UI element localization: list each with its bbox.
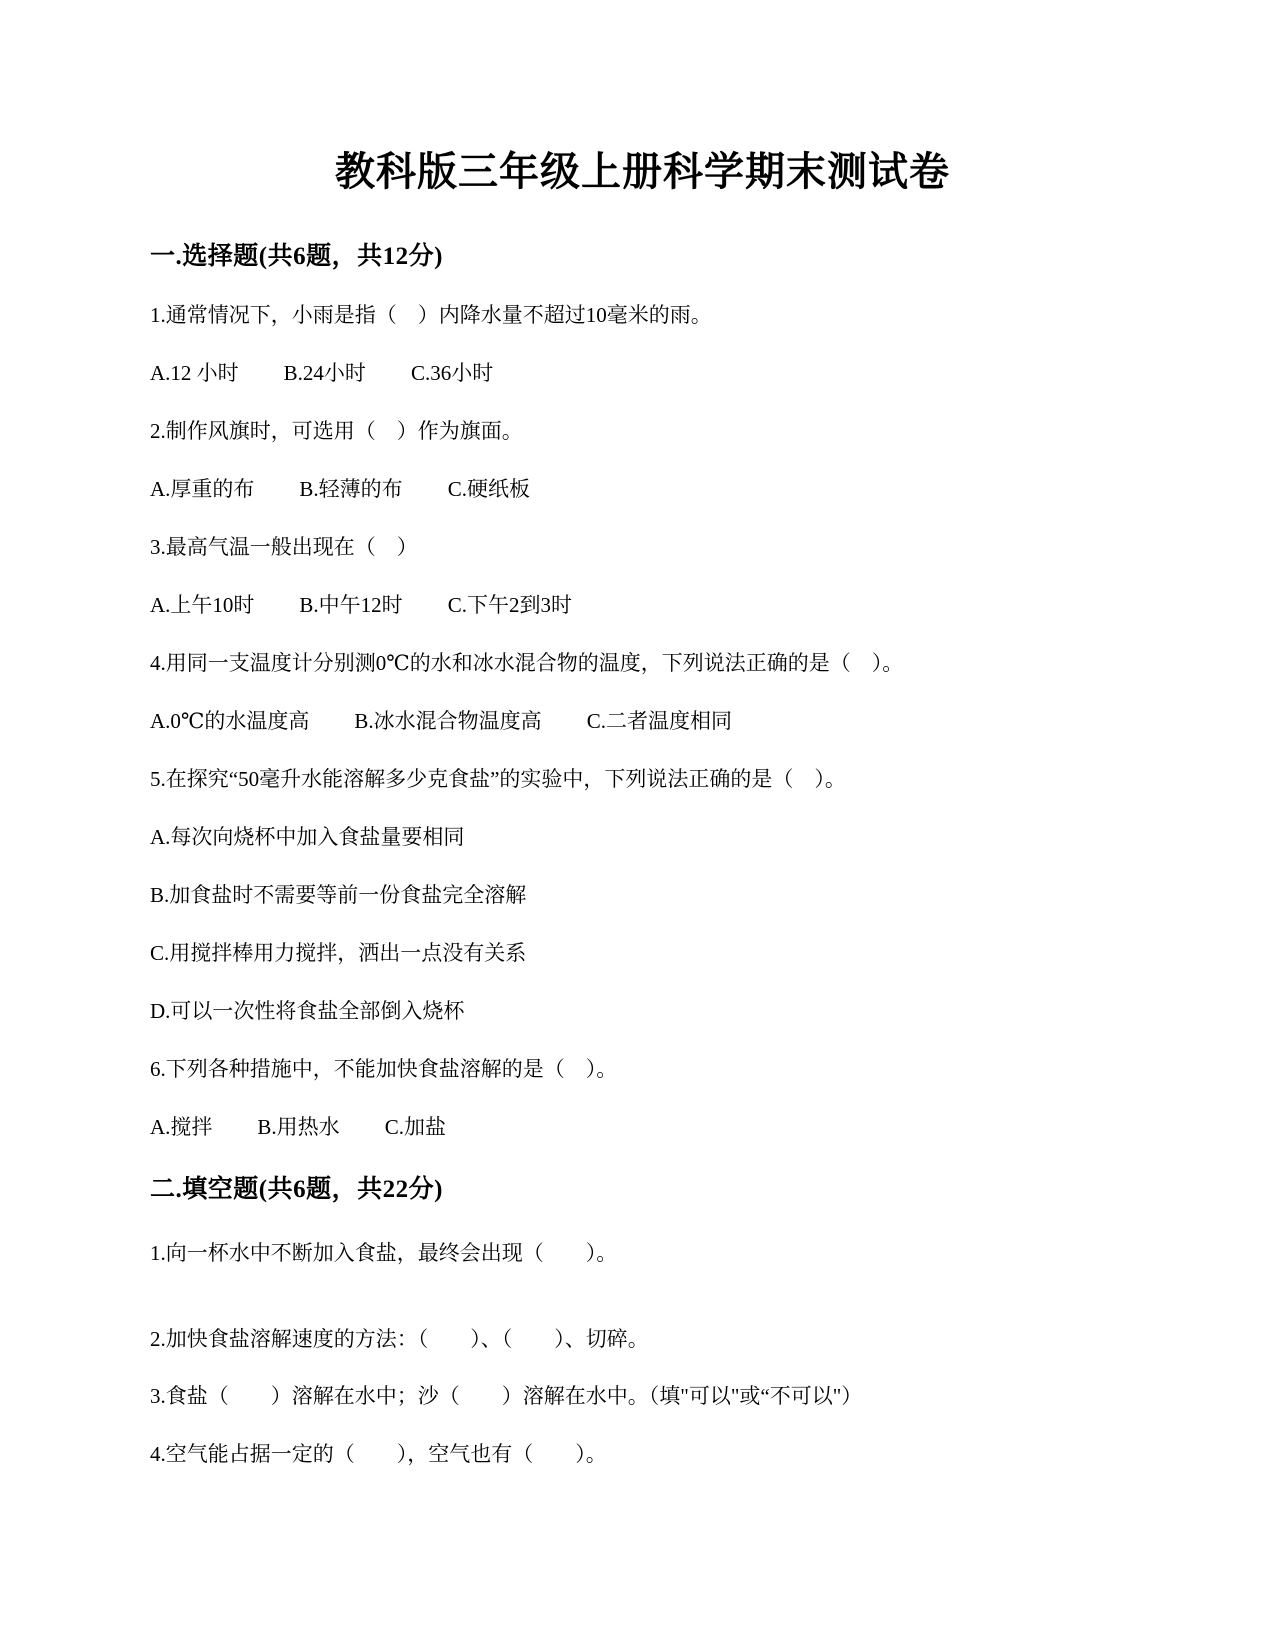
question-2-option-a: A.厚重的布 (150, 475, 254, 504)
document-page: 教科版三年级上册科学期末测试卷 一.选择题(共6题，共12分) 1.通常情况下，… (0, 0, 1275, 1650)
fill-question-2-text: 2.加快食盐溶解速度的方法：（ ）、（ ）、切碎。 (150, 1325, 1135, 1354)
fill-question-4-text: 4.空气能占据一定的（ ），空气也有（ ）。 (150, 1440, 1135, 1469)
section-2-heading: 二.填空题(共6题，共22分) (150, 1175, 1135, 1205)
question-2-options-row: A.厚重的布 B.轻薄的布 C.硬纸板 (150, 475, 1135, 504)
question-3-option-a: A.上午10时 (150, 591, 254, 620)
question-5-option-d: D.可以一次性将食盐全部倒入烧杯 (150, 997, 1135, 1026)
question-6-text: 6.下列各种措施中，不能加快食盐溶解的是（ ）。 (150, 1055, 1135, 1084)
question-6-option-a: A.搅拌 (150, 1113, 212, 1142)
question-4-option-a: A.0℃的水温度高 (150, 707, 309, 736)
question-2-option-b: B.轻薄的布 (299, 475, 402, 504)
question-1-options-row: A.12 小时 B.24小时 C.36小时 (150, 359, 1135, 388)
question-5-option-b: B.加食盐时不需要等前一份食盐完全溶解 (150, 881, 1135, 910)
fill-question-3-text: 3.食盐（ ）溶解在水中；沙（ ）溶解在水中。（填"可以"或“不可以"） (150, 1382, 1135, 1411)
question-1-option-a: A.12 小时 (150, 359, 239, 388)
question-4-option-b: B.冰水混合物温度高 (354, 707, 541, 736)
question-5-option-a: A.每次向烧杯中加入食盐量要相同 (150, 823, 1135, 852)
question-1-option-b: B.24小时 (284, 359, 366, 388)
page-title: 教科版三年级上册科学期末测试卷 (150, 150, 1135, 194)
question-4-options-row: A.0℃的水温度高 B.冰水混合物温度高 C.二者温度相同 (150, 707, 1135, 736)
fill-question-1-text: 1.向一杯水中不断加入食盐，最终会出现（ ）。 (150, 1239, 1135, 1268)
question-2-text: 2.制作风旗时，可选用（ ）作为旗面。 (150, 417, 1135, 446)
question-3-text: 3.最高气温一般出现在（ ） (150, 533, 1135, 562)
question-1-option-c: C.36小时 (411, 359, 493, 388)
question-3-option-c: C.下午2到3时 (448, 591, 572, 620)
question-6-options-row: A.搅拌 B.用热水 C.加盐 (150, 1113, 1135, 1142)
question-3-option-b: B.中午12时 (299, 591, 402, 620)
section-1-heading: 一.选择题(共6题，共12分) (150, 242, 1135, 272)
question-3-options-row: A.上午10时 B.中午12时 C.下午2到3时 (150, 591, 1135, 620)
question-4-text: 4.用同一支温度计分别测0℃的水和冰水混合物的温度，下列说法正确的是（ ）。 (150, 649, 1135, 678)
question-1-text: 1.通常情况下，小雨是指（ ）内降水量不超过10毫米的雨。 (150, 301, 1135, 330)
question-4-option-c: C.二者温度相同 (587, 707, 732, 736)
question-6-option-c: C.加盐 (385, 1113, 446, 1142)
question-2-option-c: C.硬纸板 (448, 475, 530, 504)
question-5-option-c: C.用搅拌棒用力搅拌，洒出一点没有关系 (150, 939, 1135, 968)
question-6-option-b: B.用热水 (257, 1113, 339, 1142)
question-5-text: 5.在探究“50毫升水能溶解多少克食盐”的实验中，下列说法正确的是（ ）。 (150, 765, 1135, 794)
